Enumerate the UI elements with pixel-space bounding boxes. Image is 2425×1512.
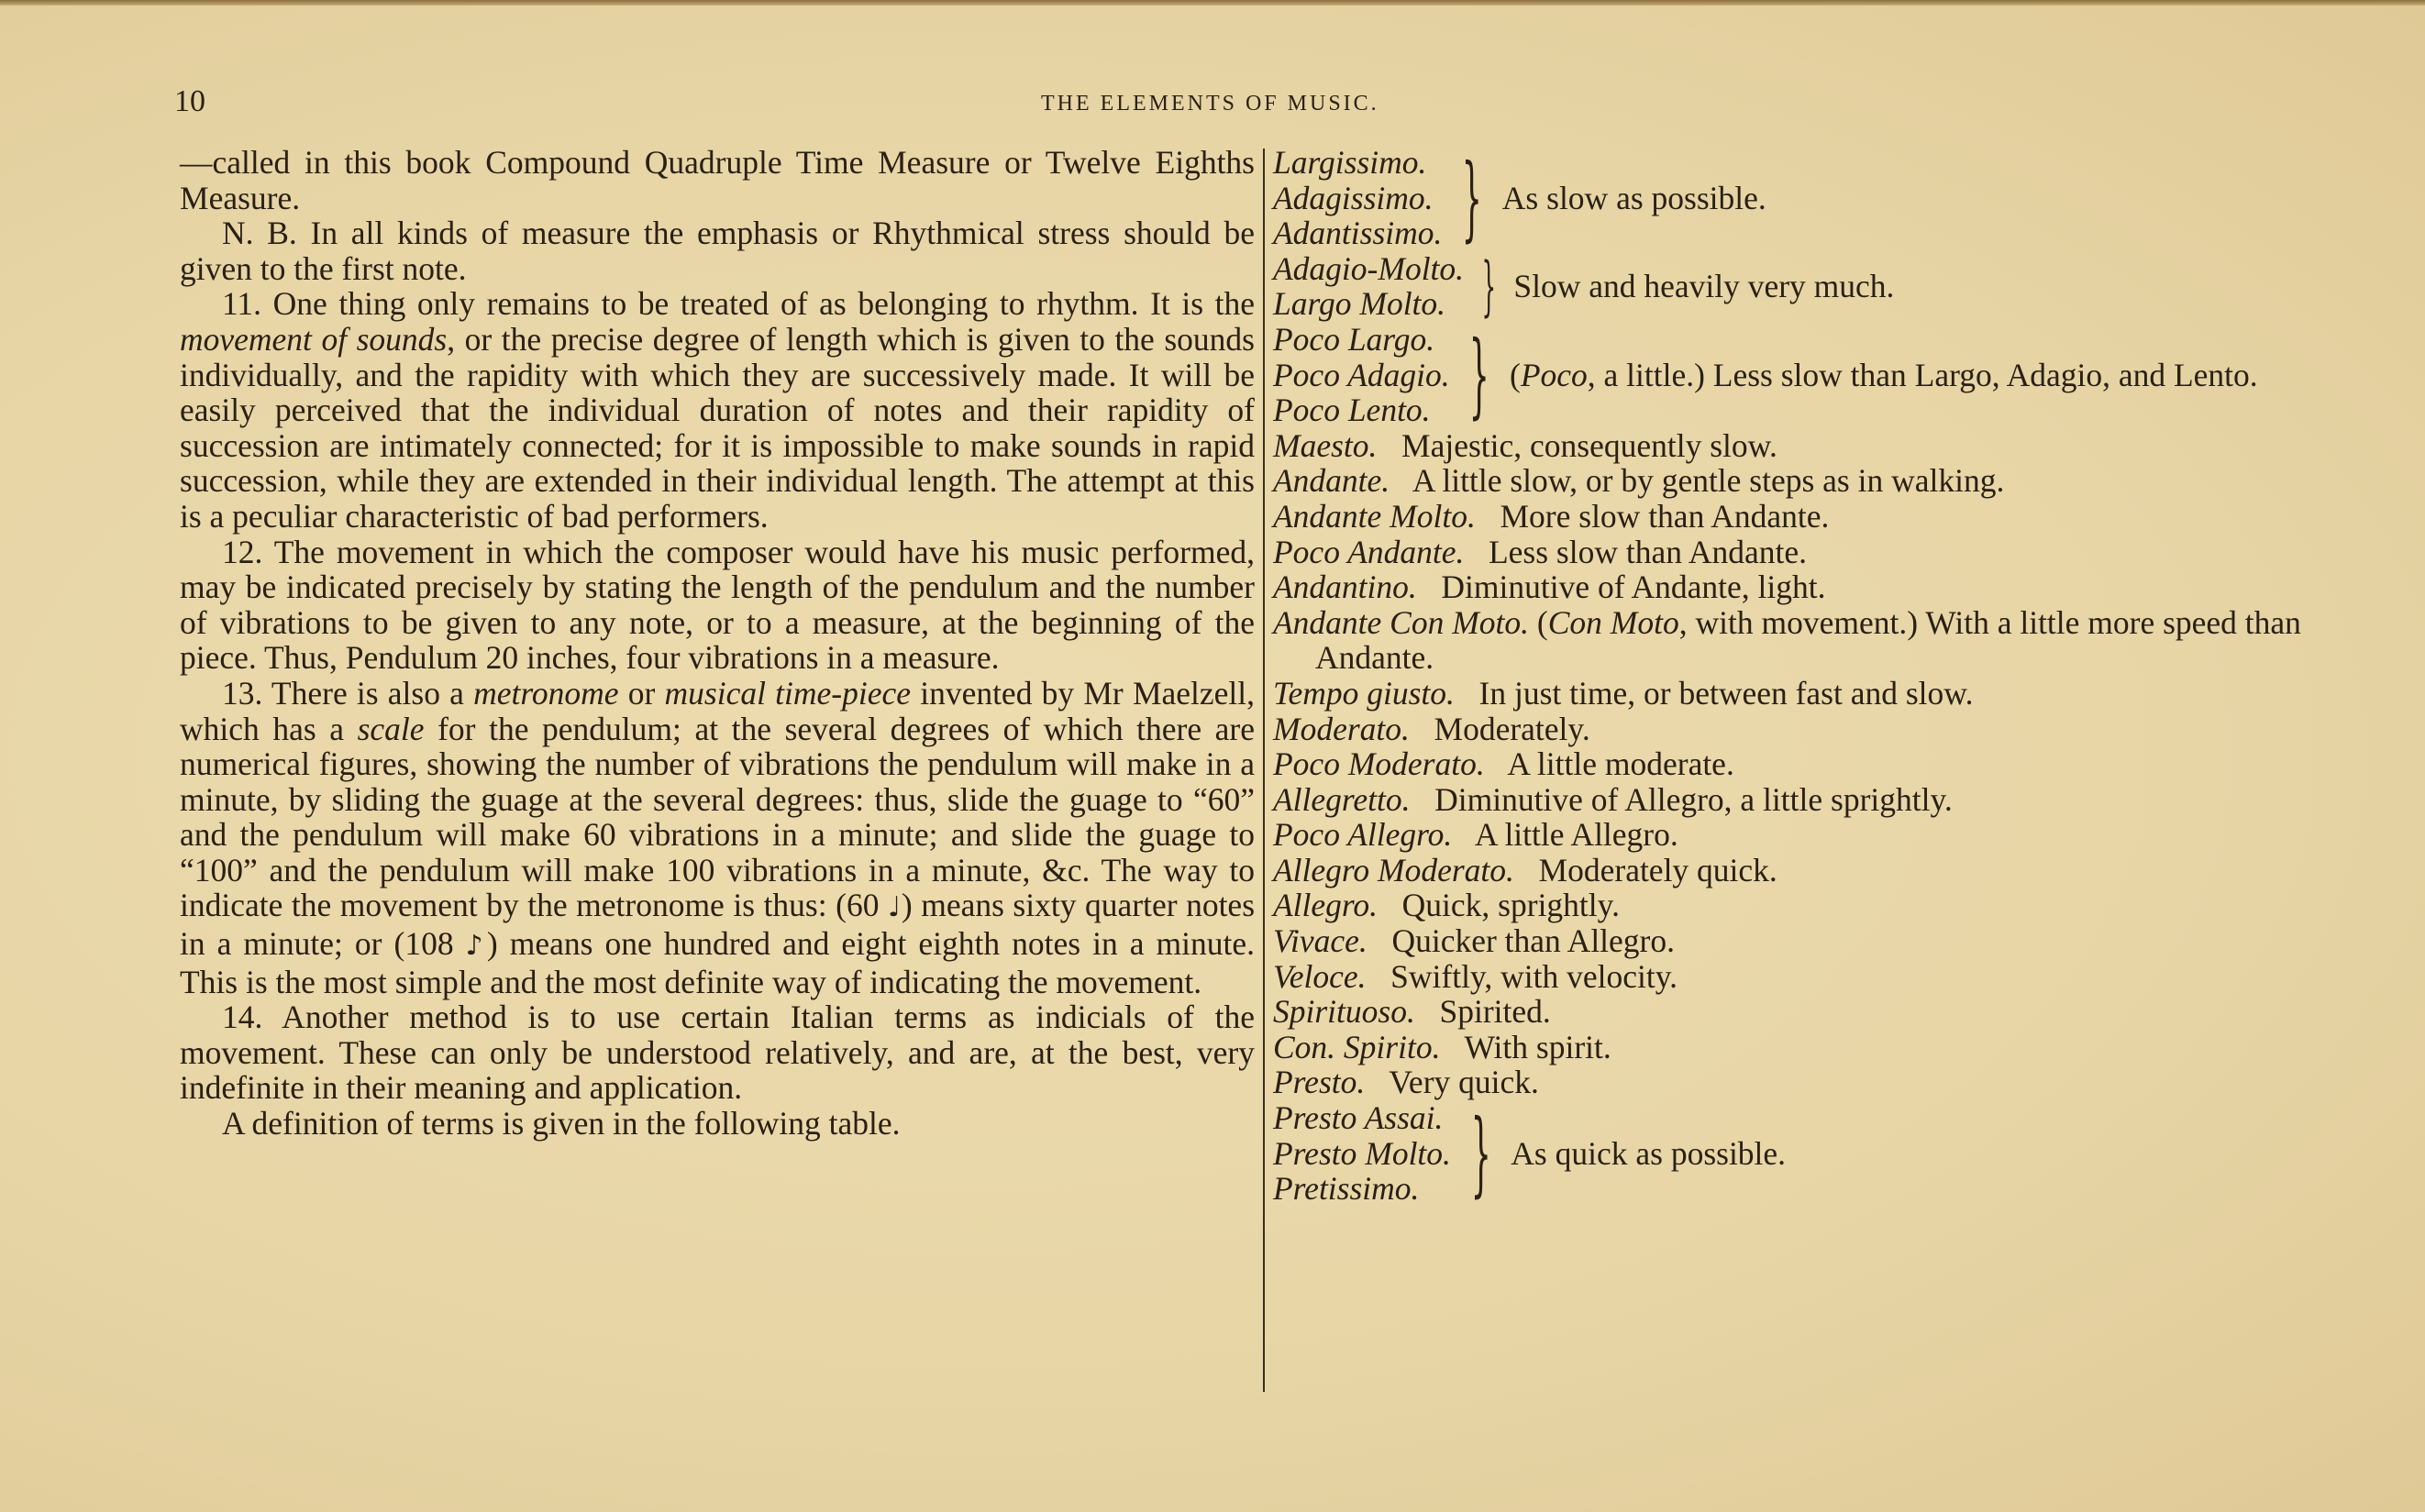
term-row: Presto. Very quick. [1273, 1065, 2401, 1100]
term-row: Allegro Moderato. Moderately quick. [1273, 853, 2401, 888]
paragraph-table-intro: A definition of terms is given in the fo… [180, 1106, 1255, 1142]
paragraph-11: 11. One thing only remains to be treated… [180, 286, 1255, 534]
book-page: 10 THE ELEMENTS OF MUSIC. —called in thi… [0, 0, 2425, 1512]
term-row: Con. Spirito. With spirit. [1273, 1030, 2401, 1065]
term-group-slow-heavy: Adagio-Molto. Largo Molto. } Slow and he… [1273, 251, 2401, 322]
paragraph-14: 14. Another method is to use certain Ita… [180, 999, 1255, 1106]
term-row: Vivace. Quicker than Allegro. [1273, 923, 2401, 959]
term-row: Andante Molto. More slow than Andante. [1273, 499, 2401, 535]
term-row: Poco Moderato. A little moderate. [1273, 746, 2401, 782]
term-row: Allegretto. Diminutive of Allegro, a lit… [1273, 782, 2401, 818]
page-top-edge [0, 0, 2425, 6]
paragraph-nb: N. B. In all kinds of measure the emphas… [180, 215, 1255, 286]
term-group-slowest: Largissimo. Adagissimo. Adantissimo. } A… [1273, 145, 2401, 251]
paragraph-continuation: —called in this book Compound Quadruple … [180, 145, 1255, 215]
term-row: Poco Allegro. A little Allegro. [1273, 817, 2401, 853]
term-row: Andantino. Diminutive of Andante, light. [1273, 569, 2401, 605]
running-title: THE ELEMENTS OF MUSIC. [1041, 92, 1379, 116]
tempo-terms-table: Largissimo. Adagissimo. Adantissimo. } A… [1273, 145, 2401, 1207]
term-group-poco: Poco Largo. Poco Adagio. Poco Lento. } (… [1273, 322, 2401, 428]
term-row: Veloce. Swiftly, with velocity. [1273, 959, 2401, 995]
brace-icon: } [1470, 1136, 1490, 1172]
running-header: 10 THE ELEMENTS OF MUSIC. [174, 84, 2339, 121]
paragraph-12: 12. The movement in which the composer w… [180, 535, 1255, 676]
term-row: Spirituoso. Spirited. [1273, 994, 2401, 1030]
italic-phrase: movement of sounds [180, 321, 447, 358]
column-divider [1263, 149, 1265, 1392]
term-group-fastest: Presto Assai. Presto Molto. Pretissimo. … [1273, 1100, 2401, 1207]
brace-icon: } [1481, 269, 1496, 304]
term-row: Allegro. Quick, sprightly. [1273, 888, 2401, 923]
term-row: Maesto. Majestic, consequently slow. [1273, 428, 2401, 464]
term-row: Moderato. Moderately. [1273, 712, 2401, 747]
term-row: Tempo giusto. In just time, or between f… [1273, 676, 2401, 712]
brace-icon: } [1462, 181, 1482, 216]
brace-icon: } [1469, 358, 1489, 393]
page-number: 10 [174, 84, 205, 119]
term-row: Andante. A little slow, or by gentle ste… [1273, 463, 2401, 499]
left-column: —called in this book Compound Quadruple … [180, 145, 1255, 1142]
quarter-note-icon: ♩ [888, 891, 902, 923]
eighth-note-icon: ♪ [466, 930, 487, 962]
term-row: Poco Andante. Less slow than Andante. [1273, 535, 2401, 570]
term-row: Andante Con Moto. (Con Moto, with moveme… [1273, 605, 2401, 676]
paragraph-13: 13. There is also a metronome or musical… [180, 676, 1255, 999]
